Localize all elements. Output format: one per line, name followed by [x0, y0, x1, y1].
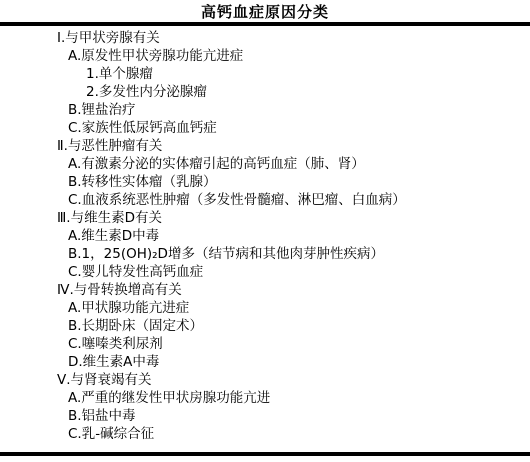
list-item: A.维生素D中毒 — [0, 227, 530, 245]
list-item: A.原发性甲状旁腺功能亢进症 — [0, 47, 530, 65]
list-item: Ⅰ.与甲状旁腺有关 — [0, 29, 530, 47]
list-item: C.噻嗪类利尿剂 — [0, 335, 530, 353]
title-divider-rule — [0, 22, 530, 26]
list-item: Ⅴ.与肾衰竭有关 — [0, 371, 530, 389]
list-item: C.婴儿特发性高钙血症 — [0, 263, 530, 281]
list-item: Ⅲ.与维生素D有关 — [0, 209, 530, 227]
cause-list: Ⅰ.与甲状旁腺有关A.原发性甲状旁腺功能亢进症1.单个腺瘤2.多发性内分泌腺瘤B… — [0, 29, 530, 443]
table-title: 高钙血症原因分类 — [0, 0, 530, 22]
list-item: 2.多发性内分泌腺瘤 — [0, 83, 530, 101]
list-item: B.转移性实体瘤（乳腺） — [0, 173, 530, 191]
list-item: D.维生素A中毒 — [0, 353, 530, 371]
bottom-border-rule — [0, 452, 530, 456]
list-item: 1.单个腺瘤 — [0, 65, 530, 83]
list-item: C.家族性低尿钙高血钙症 — [0, 119, 530, 137]
list-item: A.有激素分泌的实体瘤引起的高钙血症（肺、肾） — [0, 155, 530, 173]
list-item: A.严重的继发性甲状房腺功能亢进 — [0, 389, 530, 407]
list-item: B.1，25(OH)₂D增多（结节病和其他肉芽肿性疾病） — [0, 245, 530, 263]
list-item: A.甲状腺功能亢进症 — [0, 299, 530, 317]
hypercalcemia-classification-table: 高钙血症原因分类 Ⅰ.与甲状旁腺有关A.原发性甲状旁腺功能亢进症1.单个腺瘤2.… — [0, 0, 530, 462]
list-item: C.乳-碱综合征 — [0, 425, 530, 443]
list-item: B.锂盐治疗 — [0, 101, 530, 119]
list-item: B.铝盐中毒 — [0, 407, 530, 425]
list-item: C.血液系统恶性肿瘤（多发性骨髓瘤、淋巴瘤、白血病） — [0, 191, 530, 209]
list-item: Ⅱ.与恶性肿瘤有关 — [0, 137, 530, 155]
list-item: Ⅳ.与骨转换增高有关 — [0, 281, 530, 299]
list-item: B.长期卧床（固定术） — [0, 317, 530, 335]
